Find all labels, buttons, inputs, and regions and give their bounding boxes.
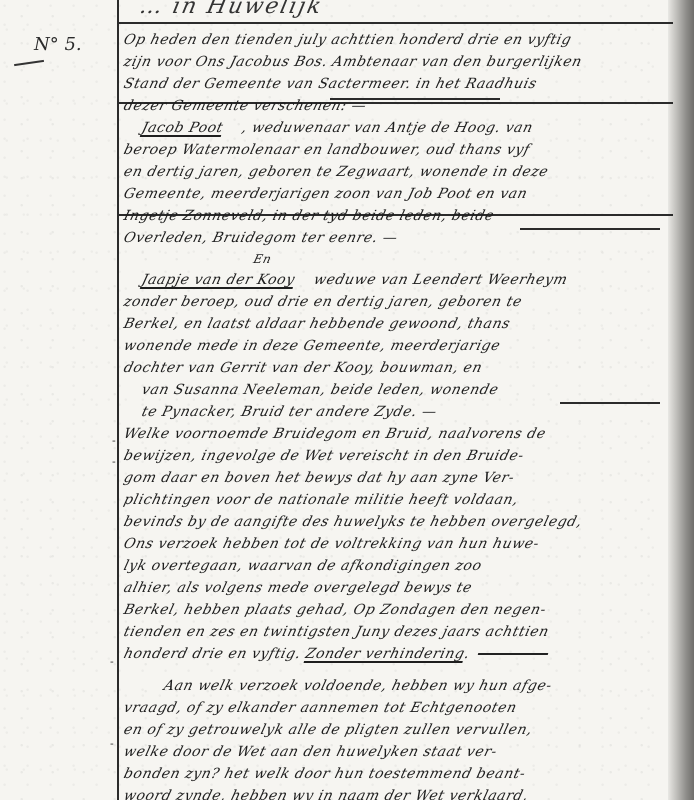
text-line: Aan welk verzoek voldoende, hebben wy hu…	[162, 678, 554, 694]
text-line: wonende mede in deze Gemeente, meerderja…	[122, 338, 502, 354]
text-line: gom daar en boven het bewys dat hy aan z…	[122, 470, 516, 486]
bride-line: Jaapje van der Kooy	[140, 272, 297, 288]
text-line: dezer Gemeente verschenen: —	[122, 98, 368, 114]
line-filler	[560, 402, 660, 404]
text-line: vraagd, of zy elkander aannemen tot Echt…	[122, 700, 519, 716]
page-header: … in Huwelijk	[137, 0, 325, 19]
text-line: en of zy getrouwelyk alle de pligten zul…	[122, 722, 534, 738]
text-line: plichtingen voor de nationale militie he…	[122, 492, 520, 508]
conjunction-en: En	[252, 252, 273, 266]
text-line: Gemeente, meerderjarigen zoon van Job Po…	[122, 186, 529, 202]
text-line: honderd drie en vyftig. Zonder verhinder…	[122, 646, 550, 662]
text-line: Berkel, hebben plaats gehad, Op Zondagen…	[122, 602, 548, 618]
margin-mark: -	[112, 455, 116, 468]
text-line: zijn voor Ons Jacobus Bos. Ambtenaar van…	[122, 54, 584, 70]
no-impediment-note: Zonder verhindering	[304, 646, 467, 662]
text-line: van Susanna Neeleman, beide leden, wonen…	[140, 382, 500, 398]
margin-rule	[117, 0, 119, 800]
margin-mark: -	[110, 737, 114, 750]
margin-mark: -	[112, 434, 116, 447]
header-rule	[117, 22, 673, 24]
text-line: Op heden den tienden july achttien honde…	[122, 32, 573, 48]
text-line: , weduwenaar van Antje de Hoog. van	[240, 120, 535, 136]
text-line: bonden zyn? het welk door hun toestemmen…	[122, 766, 527, 782]
text-line: zonder beroep, oud drie en dertig jaren,…	[122, 294, 524, 310]
text-line: lyk overtegaan, waarvan de afkondigingen…	[122, 558, 484, 574]
text-line: Stand der Gemeente van Sactermeer. in he…	[122, 76, 539, 92]
bride-name: Jaapje van der Kooy	[140, 272, 297, 288]
text-line: welke door de Wet aan den huwelyken staa…	[122, 744, 499, 760]
text-line: woord zynde, hebben wy in naam der Wet v…	[122, 788, 530, 800]
text-line: Welke voornoemde Bruidegom en Bruid, naa…	[122, 426, 548, 442]
entry-number: N° 5.	[34, 34, 82, 55]
text-line: bewijzen, ingevolge de Wet vereischt in …	[122, 448, 526, 464]
text-line: beroep Watermolenaar en landbouwer, oud …	[122, 142, 532, 158]
line-filler	[330, 98, 500, 100]
text-line: bevinds by de aangifte des huwelyks te h…	[122, 514, 584, 530]
groom-line: Jacob Poot	[140, 120, 225, 136]
text-line: dochter van Gerrit van der Kooy, bouwman…	[122, 360, 484, 376]
book-binding-shadow	[668, 0, 694, 800]
text-line: Ingetje Zonneveld, in der tyd beide lede…	[122, 208, 496, 224]
text-line: Ons verzoek hebben tot de voltrekking va…	[122, 536, 541, 552]
margin-mark: -	[110, 655, 114, 668]
text-line: Overleden, Bruidegom ter eenre. —	[122, 230, 399, 246]
line-filler	[520, 228, 660, 230]
text-line: te Pynacker, Bruid ter andere Zyde. —	[140, 404, 439, 420]
text-line: alhier, als volgens mede overgelegd bewy…	[122, 580, 474, 596]
line-filler	[477, 653, 547, 655]
text-line: en dertig jaren, geboren te Zegwaart, wo…	[122, 164, 550, 180]
text-line: weduwe van Leendert Weerheym	[312, 272, 569, 288]
text-line: Berkel, en laatst aldaar hebbende gewoon…	[122, 316, 512, 332]
groom-name: Jacob Poot	[140, 120, 225, 136]
text-line: tienden en zes en twintigsten Juny dezes…	[122, 624, 551, 640]
